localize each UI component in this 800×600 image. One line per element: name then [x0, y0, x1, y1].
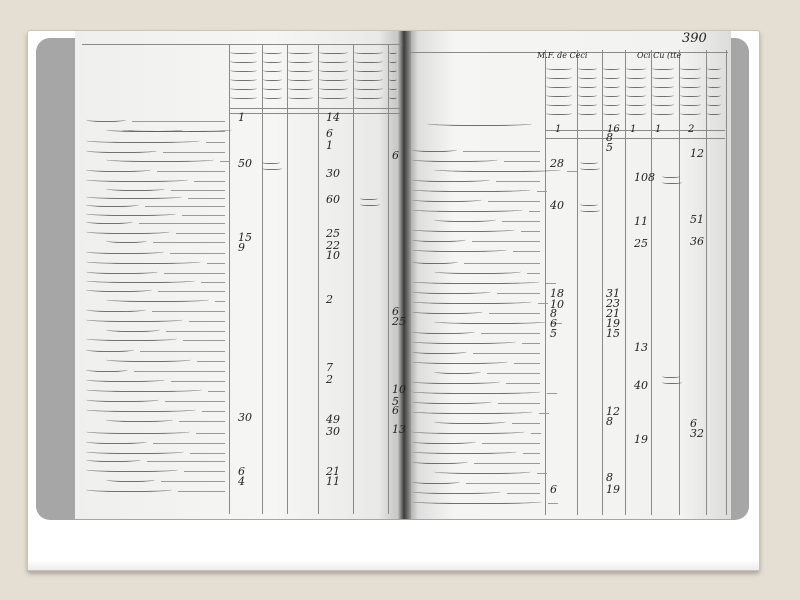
handwritten-entry	[106, 356, 191, 362]
ledger-value: 4	[238, 475, 245, 488]
header-handwriting	[546, 102, 572, 106]
handwritten-entry	[412, 458, 468, 464]
margin-note	[360, 202, 380, 206]
entry-leader-line	[506, 383, 540, 384]
entry-leader-line	[464, 263, 540, 264]
column-rule	[229, 44, 230, 514]
index-numeral: 2	[688, 124, 694, 135]
handwritten-entry	[106, 185, 165, 191]
handwritten-entry	[434, 368, 481, 374]
entry-leader-line	[184, 471, 225, 472]
header-handwriting	[546, 93, 572, 97]
margin-note	[662, 374, 680, 378]
handwritten-entry	[86, 438, 147, 444]
header-bottom-rule	[229, 108, 401, 109]
handwritten-entry	[412, 478, 460, 484]
ledger-value: 6	[550, 483, 557, 496]
entry-leader-line	[215, 301, 225, 302]
handwritten-entry	[86, 277, 195, 283]
ledger-value: 13	[634, 341, 648, 354]
header-handwriting	[626, 93, 646, 97]
header-handwriting	[626, 84, 646, 88]
handwritten-entry	[86, 386, 202, 392]
ledger-value: 51	[690, 213, 704, 226]
ledger-value: 50	[238, 157, 252, 170]
entry-leader-line	[474, 463, 540, 464]
handwritten-entry	[86, 335, 177, 341]
margin-note	[580, 208, 600, 212]
ledger-value: 5	[550, 327, 557, 340]
entry-leader-line	[220, 161, 230, 162]
handwritten-entry	[412, 146, 457, 152]
margin-note	[360, 196, 378, 200]
header-handwriting	[578, 84, 597, 88]
column-rule	[262, 44, 263, 514]
entry-leader-line	[521, 231, 540, 232]
handwritten-entry	[86, 366, 128, 372]
entry-leader-line	[473, 353, 540, 354]
handwritten-entry	[86, 268, 158, 274]
handwritten-entry	[86, 201, 139, 207]
ledger-value: 8	[606, 415, 613, 428]
ledger-value: 1	[326, 139, 333, 152]
handwritten-entry	[86, 248, 164, 254]
entry-leader-line	[188, 198, 225, 199]
entry-leader-line	[567, 171, 577, 172]
entry-leader-line	[527, 273, 540, 274]
header-handwriting	[263, 50, 282, 54]
header-handwriting	[319, 86, 348, 90]
header-handwriting	[680, 66, 701, 70]
ledger-value: 11	[634, 215, 648, 228]
section-heading	[427, 120, 532, 126]
header-handwriting	[230, 50, 257, 54]
handwritten-entry	[434, 268, 521, 274]
column-rule	[388, 44, 389, 514]
entry-leader-line	[189, 321, 225, 322]
entry-leader-line	[531, 433, 541, 434]
header-handwriting	[578, 102, 597, 106]
entry-leader-line	[512, 423, 540, 424]
handwritten-entry	[106, 326, 160, 332]
handwritten-entry	[412, 358, 508, 364]
header-handwriting	[707, 75, 721, 79]
entry-leader-line	[523, 453, 540, 454]
header-handwriting	[288, 86, 313, 90]
handwritten-entry	[86, 406, 196, 412]
entry-leader-line	[134, 371, 225, 372]
handwritten-entry	[412, 348, 467, 354]
entry-leader-line	[504, 161, 540, 162]
handwritten-entry	[412, 428, 525, 434]
ledger-value: 60	[326, 193, 340, 206]
ledger-value: 10	[326, 249, 340, 262]
margin-note	[580, 202, 598, 206]
header-handwriting	[230, 95, 257, 99]
ledger-value: 30	[326, 425, 340, 438]
handwritten-entry	[106, 476, 155, 482]
handwritten-entry	[412, 226, 515, 232]
margin-note	[662, 180, 682, 184]
handwritten-entry	[412, 408, 533, 414]
handwritten-entry	[412, 438, 476, 444]
entry-leader-line	[197, 361, 225, 362]
entry-leader-line	[522, 343, 540, 344]
header-handwriting	[288, 68, 313, 72]
entry-leader-line	[196, 433, 225, 434]
entry-leader-line	[166, 331, 225, 332]
entry-leader-line	[161, 481, 225, 482]
ledger-value: 13	[392, 423, 406, 436]
header-handwriting	[626, 111, 646, 115]
entry-leader-line	[507, 493, 540, 494]
entry-leader-line	[489, 313, 540, 314]
handwritten-entry	[434, 418, 506, 424]
header-handwriting	[546, 66, 572, 70]
section-heading	[122, 126, 232, 132]
index-numeral: 1	[655, 124, 661, 135]
header-handwriting	[707, 84, 721, 88]
index-numeral: 1	[555, 124, 561, 135]
entry-leader-line	[466, 483, 540, 484]
header-handwriting	[263, 95, 282, 99]
column-rule	[679, 50, 680, 515]
header-handwriting	[389, 86, 397, 90]
ledger-value: 28	[550, 157, 564, 170]
entry-leader-line	[482, 443, 540, 444]
handwritten-entry	[434, 166, 561, 172]
header-handwriting	[652, 84, 674, 88]
entry-leader-line	[171, 381, 225, 382]
header-handwriting	[680, 102, 701, 106]
header-handwriting	[707, 66, 721, 70]
handwritten-entry	[106, 156, 214, 162]
column-rule	[706, 50, 707, 515]
handwritten-entry	[412, 176, 490, 182]
ledger-value: 108	[634, 171, 655, 184]
entry-leader-line	[153, 443, 225, 444]
entry-leader-line	[178, 491, 225, 492]
ledger-value: 36	[690, 235, 704, 248]
page-number: 390	[682, 31, 707, 46]
handwritten-entry	[412, 338, 516, 344]
handwritten-entry	[86, 316, 183, 322]
header-handwriting	[354, 59, 383, 63]
header-handwriting	[680, 93, 701, 97]
ledger-value: 32	[690, 427, 704, 440]
header-handwriting	[319, 59, 348, 63]
header-handwriting	[626, 75, 646, 79]
ledger-photo: 1161121146165030601525922102625721056304…	[75, 31, 731, 519]
entry-leader-line	[164, 273, 225, 274]
ledger-value: 25	[634, 237, 648, 250]
header-handwriting	[230, 68, 257, 72]
ledger-value: 12	[690, 147, 704, 160]
header-handwriting	[263, 86, 282, 90]
entry-leader-line	[153, 242, 225, 243]
handwritten-entry	[412, 196, 482, 202]
handwritten-entry	[412, 498, 542, 504]
handwritten-entry	[412, 448, 517, 454]
margin-note	[662, 380, 682, 384]
entry-leader-line	[171, 190, 225, 191]
ledger-value: 1	[238, 111, 245, 124]
margin-note	[662, 174, 680, 178]
handwritten-entry	[434, 318, 546, 324]
handwritten-entry	[86, 166, 151, 172]
header-handwriting	[263, 59, 282, 63]
entry-leader-line	[487, 373, 540, 374]
header-index-rule	[545, 138, 725, 139]
handwritten-entry	[412, 288, 491, 294]
header-handwriting	[288, 77, 313, 81]
header-handwriting	[354, 95, 383, 99]
entry-leader-line	[513, 251, 540, 252]
header-handwriting	[603, 66, 620, 70]
header-handwriting	[288, 95, 313, 99]
handwritten-entry	[412, 156, 498, 162]
entry-leader-line	[207, 263, 225, 264]
entry-leader-line	[481, 333, 540, 334]
ledger-value: 19	[634, 433, 648, 446]
entry-leader-line	[538, 303, 548, 304]
header-handwriting	[680, 111, 701, 115]
entry-leader-line	[179, 421, 225, 422]
column-rule	[651, 50, 652, 515]
ledger-value: 6	[392, 404, 399, 417]
header-handwriting	[389, 77, 397, 81]
handwritten-entry	[412, 378, 500, 384]
ledger-value: 40	[634, 379, 648, 392]
header-handwriting	[578, 111, 597, 115]
margin-note	[580, 160, 598, 164]
handwritten-entry	[412, 236, 466, 242]
handwritten-entry	[86, 228, 170, 234]
margin-note	[262, 160, 280, 164]
ledger-value: 40	[550, 199, 564, 212]
handwritten-entry	[86, 137, 200, 143]
column-rule	[577, 50, 578, 515]
ledger-value: 30	[238, 411, 252, 424]
header-handwriting	[389, 68, 397, 72]
entry-leader-line	[206, 142, 225, 143]
handwritten-entry	[86, 116, 126, 122]
handwritten-entry	[86, 176, 188, 182]
entry-leader-line	[147, 461, 225, 462]
entry-leader-line	[170, 253, 225, 254]
header-handwriting	[578, 93, 597, 97]
header-handwriting	[354, 86, 383, 90]
handwritten-entry	[86, 193, 182, 199]
header-handwriting	[546, 84, 572, 88]
entry-leader-line	[529, 211, 540, 212]
header-handwriting	[319, 50, 348, 54]
ledger-value: 15	[606, 327, 620, 340]
entry-leader-line	[201, 282, 225, 283]
entry-leader-line	[176, 233, 225, 234]
handwritten-entry	[86, 218, 133, 224]
column-rule	[353, 44, 354, 514]
ledger-left-page	[75, 31, 405, 519]
header-handwriting	[230, 86, 257, 90]
handwritten-entry	[86, 258, 201, 264]
handwritten-entry	[86, 486, 172, 492]
margin-note	[262, 166, 282, 170]
handwritten-entry	[412, 206, 523, 212]
entry-leader-line	[548, 503, 558, 504]
entry-leader-line	[182, 215, 225, 216]
entry-leader-line	[145, 206, 225, 207]
handwritten-entry	[86, 147, 157, 153]
header-handwriting	[603, 84, 620, 88]
ledger-value: 30	[326, 167, 340, 180]
entry-leader-line	[537, 473, 547, 474]
ledger-value: 9	[238, 241, 245, 254]
handwritten-entry	[86, 428, 190, 434]
entry-leader-line	[208, 391, 225, 392]
right-header-group-2: Oci Cu (tte	[637, 51, 681, 60]
handwritten-entry	[412, 298, 532, 304]
header-handwriting	[603, 111, 620, 115]
entry-leader-line	[488, 201, 540, 202]
column-rule	[602, 50, 603, 515]
entry-leader-line	[497, 293, 540, 294]
header-handwriting	[263, 68, 282, 72]
entry-leader-line	[472, 241, 540, 242]
ledger-value: 19	[606, 483, 620, 496]
handwritten-entry	[412, 258, 458, 264]
header-handwriting	[354, 77, 383, 81]
handwritten-entry	[412, 388, 541, 394]
column-rule	[400, 44, 401, 514]
handwritten-entry	[434, 468, 531, 474]
handwritten-entry	[412, 246, 507, 252]
entry-leader-line	[140, 351, 225, 352]
entry-leader-line	[165, 401, 225, 402]
margin-note	[580, 166, 600, 170]
handwritten-entry	[86, 286, 152, 292]
header-handwriting	[680, 75, 701, 79]
header-handwriting	[263, 77, 282, 81]
column-rule	[318, 44, 319, 514]
header-handwriting	[389, 50, 397, 54]
header-handwriting	[626, 102, 646, 106]
header-handwriting	[652, 102, 674, 106]
header-handwriting	[603, 75, 620, 79]
entry-leader-line	[190, 453, 225, 454]
column-rule	[726, 50, 727, 515]
header-handwriting	[288, 59, 313, 63]
header-handwriting	[652, 75, 674, 79]
handwritten-entry	[86, 346, 134, 352]
header-handwriting	[652, 93, 674, 97]
header-handwriting	[578, 66, 597, 70]
entry-leader-line	[498, 403, 540, 404]
handwritten-entry	[86, 396, 159, 402]
header-index-rule	[229, 113, 401, 114]
header-handwriting	[230, 77, 257, 81]
header-handwriting	[319, 77, 348, 81]
header-handwriting	[680, 84, 701, 88]
entry-leader-line	[547, 393, 557, 394]
entry-leader-line	[537, 191, 547, 192]
header-handwriting	[389, 95, 397, 99]
handwritten-entry	[412, 186, 531, 192]
entry-leader-line	[132, 121, 225, 122]
entry-leader-line	[152, 311, 225, 312]
entry-leader-line	[502, 221, 540, 222]
handwritten-entry	[412, 328, 475, 334]
ledger-value: 14	[326, 111, 340, 124]
ledger-value: 11	[326, 475, 340, 488]
handwritten-entry	[86, 210, 176, 216]
handwritten-entry	[434, 216, 496, 222]
header-handwriting	[354, 68, 383, 72]
header-handwriting	[288, 50, 313, 54]
header-handwriting	[319, 95, 348, 99]
header-handwriting	[319, 68, 348, 72]
handwritten-entry	[86, 376, 165, 382]
header-handwriting	[652, 111, 674, 115]
entry-leader-line	[546, 283, 556, 284]
entry-leader-line	[514, 363, 540, 364]
header-handwriting	[603, 102, 620, 106]
header-handwriting	[707, 102, 721, 106]
column-rule	[287, 44, 288, 514]
header-handwriting	[389, 59, 397, 63]
handwritten-entry	[412, 398, 492, 404]
header-handwriting	[354, 50, 383, 54]
handwritten-entry	[86, 306, 146, 312]
entry-leader-line	[463, 151, 540, 152]
header-handwriting	[603, 93, 620, 97]
header-handwriting	[626, 66, 646, 70]
header-handwriting	[546, 75, 572, 79]
header-top-rule	[82, 44, 402, 45]
handwritten-entry	[412, 308, 483, 314]
entry-leader-line	[163, 152, 225, 153]
ledger-value: 25	[392, 315, 406, 328]
handwritten-entry	[106, 416, 173, 422]
header-handwriting	[707, 111, 721, 115]
entry-leader-line	[496, 181, 540, 182]
entry-leader-line	[539, 413, 549, 414]
entry-leader-line	[158, 291, 225, 292]
ledger-value: 2	[326, 373, 333, 386]
handwritten-entry	[106, 237, 147, 243]
header-handwriting	[230, 59, 257, 63]
entry-leader-line	[202, 411, 225, 412]
header-handwriting	[578, 75, 597, 79]
ledger-value: 5	[606, 141, 613, 154]
column-rule	[625, 50, 626, 515]
handwritten-entry	[86, 466, 178, 472]
header-handwriting	[652, 66, 674, 70]
ledger-value: 2	[326, 293, 333, 306]
entry-leader-line	[139, 223, 225, 224]
index-numeral: 1	[630, 124, 636, 135]
ledger-value: 6	[392, 149, 399, 162]
entry-leader-line	[157, 171, 225, 172]
handwritten-entry	[412, 488, 501, 494]
entry-leader-line	[183, 340, 225, 341]
handwritten-entry	[106, 296, 209, 302]
header-handwriting	[707, 93, 721, 97]
handwritten-entry	[86, 448, 184, 454]
handwritten-entry	[412, 278, 540, 284]
entry-leader-line	[194, 181, 225, 182]
handwritten-entry	[86, 456, 141, 462]
